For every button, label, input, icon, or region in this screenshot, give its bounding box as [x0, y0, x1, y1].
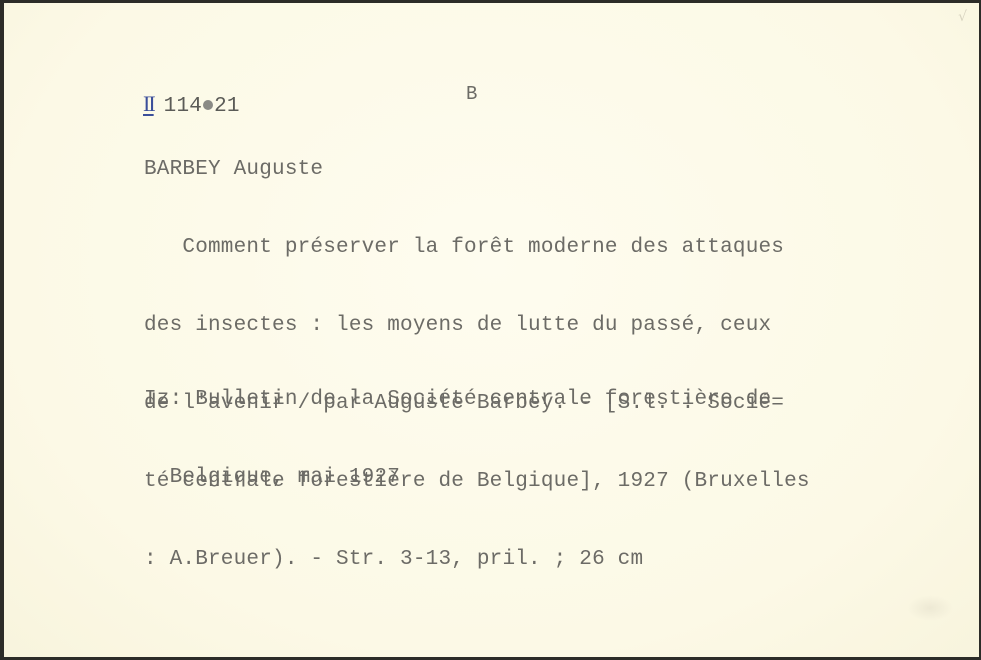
description-line: : A.Breuer). - Str. 3-13, pril. ; 26 cm: [144, 547, 810, 573]
note-line: Iz: Bulletin de la Société centrale fore…: [144, 387, 771, 413]
call-number-part1: 114: [164, 95, 202, 118]
call-number-prefix: II: [143, 91, 154, 117]
catalog-card: II 11421 B BARBEY Auguste Comment préser…: [4, 3, 979, 657]
marker-letter: B: [466, 81, 478, 107]
author-heading: BARBEY Auguste: [144, 157, 323, 183]
description-line: Comment préserver la forêt moderne des a…: [144, 235, 810, 261]
call-number: II 11421: [143, 91, 240, 120]
checkmark-icon: √: [958, 9, 967, 25]
separator-dot-icon: [203, 100, 213, 110]
call-number-part2: 21: [214, 95, 240, 118]
call-number-value: 11421: [164, 94, 240, 120]
source-note: Iz: Bulletin de la Société centrale fore…: [144, 335, 771, 543]
note-line: Belgique, mai 1927: [144, 465, 771, 491]
faded-stamp: [907, 595, 953, 621]
